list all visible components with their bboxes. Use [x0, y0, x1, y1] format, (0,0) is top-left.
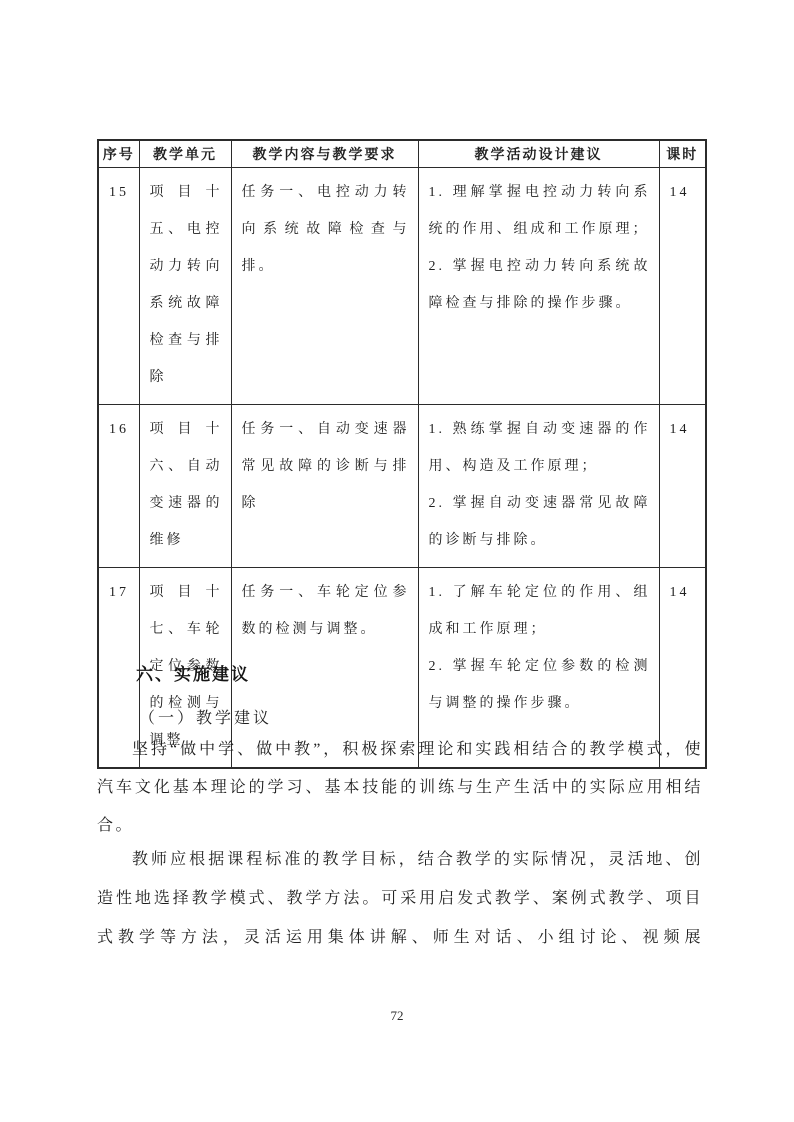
column-header-no: 序号: [98, 140, 139, 168]
cell-activity-suggestions: 1. 熟练掌握自动变速器的作用、构造及工作原理； 2. 掌握自动变速器常见故障的…: [418, 405, 659, 568]
activity-item: 2. 掌握自动变速器常见故障的诊断与排除。: [429, 485, 651, 559]
document-page: 序号 教学单元 教学内容与教学要求 教学活动设计建议 课时 15 项目十五、电控…: [0, 0, 794, 1122]
activity-item: 2. 掌握电控动力转向系统故障检查与排除的操作步骤。: [429, 248, 651, 322]
body-paragraph: 教师应根据课程标准的教学目标，结合教学的实际情况，灵活地、创造性地选择教学模式、…: [97, 840, 703, 957]
cell-teaching-unit: 项目十五、电控动力转向系统故障检查与排除: [139, 168, 231, 405]
page-number: 72: [0, 1008, 794, 1024]
cell-class-hours: 14: [659, 168, 706, 405]
column-header-hours: 课时: [659, 140, 706, 168]
subsection-heading-teaching-suggestions: （一）教学建议: [139, 705, 272, 728]
body-paragraph: 坚持“做中学、做中教”，积极探索理论和实践相结合的教学模式，使汽车文化基本理论的…: [97, 731, 703, 845]
activity-item: 2. 掌握车轮定位参数的检测与调整的操作步骤。: [429, 648, 651, 722]
cell-teaching-content: 任务一、电控动力转向系统故障检查与排。: [231, 168, 418, 405]
section-heading-implementation: 六、实施建议: [136, 660, 250, 685]
cell-teaching-content: 任务一、自动变速器常见故障的诊断与排除: [231, 405, 418, 568]
table-header-row: 序号 教学单元 教学内容与教学要求 教学活动设计建议 课时: [98, 140, 706, 168]
cell-serial-no: 16: [98, 405, 139, 568]
cell-activity-suggestions: 1. 理解掌握电控动力转向系统的作用、组成和工作原理； 2. 掌握电控动力转向系…: [418, 168, 659, 405]
cell-serial-no: 15: [98, 168, 139, 405]
column-header-content: 教学内容与教学要求: [231, 140, 418, 168]
activity-item: 1. 理解掌握电控动力转向系统的作用、组成和工作原理；: [429, 174, 651, 248]
cell-class-hours: 14: [659, 405, 706, 568]
activity-item: 1. 熟练掌握自动变速器的作用、构造及工作原理；: [429, 411, 651, 485]
table-row: 16 项目十六、自动变速器的维修 任务一、自动变速器常见故障的诊断与排除 1. …: [98, 405, 706, 568]
activity-item: 1. 了解车轮定位的作用、组成和工作原理；: [429, 574, 651, 648]
cell-teaching-unit: 项目十六、自动变速器的维修: [139, 405, 231, 568]
column-header-activities: 教学活动设计建议: [418, 140, 659, 168]
table-row: 15 项目十五、电控动力转向系统故障检查与排除 任务一、电控动力转向系统故障检查…: [98, 168, 706, 405]
column-header-unit: 教学单元: [139, 140, 231, 168]
